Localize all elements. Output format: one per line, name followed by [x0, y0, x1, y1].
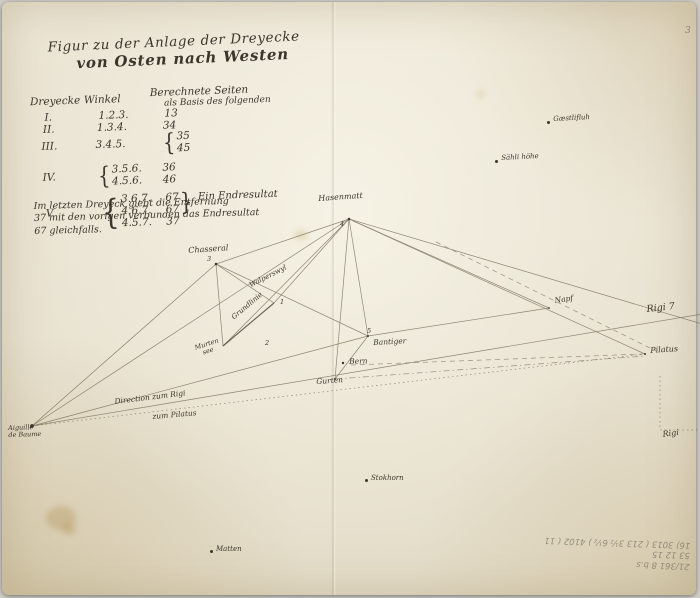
left-brace: { — [98, 165, 111, 187]
header-winkel: Winkel — [84, 93, 150, 107]
pencil-arithmetic-notes: 21/361 8 b.s 53 12 15 16) 3013 ( 213 3½ … — [513, 533, 690, 571]
point-dot-matten — [210, 550, 213, 553]
map-label-bantiger: Bantiger — [373, 336, 406, 347]
point-number-1: 1 — [280, 298, 284, 306]
page-number: 3 — [685, 26, 691, 36]
point-number-4: 4 — [340, 220, 344, 228]
point-number-2: 2 — [265, 339, 269, 347]
point-dot-saelihoehe — [495, 160, 498, 163]
map-label-aiguille-de-baume: Aiguille de Baume — [8, 424, 41, 440]
map-label-pilatus: Pilatus — [650, 344, 678, 355]
left-brace: { — [163, 133, 176, 155]
map-label-matten: Matten — [216, 545, 242, 553]
dashed-sight-lines — [351, 242, 656, 365]
explanatory-note: Im letzten Dreyeck giebt die Entfernung … — [34, 195, 260, 238]
point-number-5: 5 — [367, 327, 371, 335]
header-dreyecke: Dreyecke — [30, 95, 84, 109]
point-number-3: 3 — [207, 255, 211, 263]
point-dot-gestlifluh — [547, 121, 550, 124]
map-label-gurten: Gurten — [316, 375, 343, 386]
map-label-stokhorn: Stokhorn — [371, 474, 404, 482]
map-label-bern: Bern — [349, 356, 368, 366]
point-dot-stokhorn — [365, 479, 368, 482]
header-seiten: Berechnete Seiten als Basis des folgende… — [150, 84, 271, 109]
paper-sheet: 3 Figur zu der Anlage der Dreyecke von O… — [2, 2, 696, 595]
